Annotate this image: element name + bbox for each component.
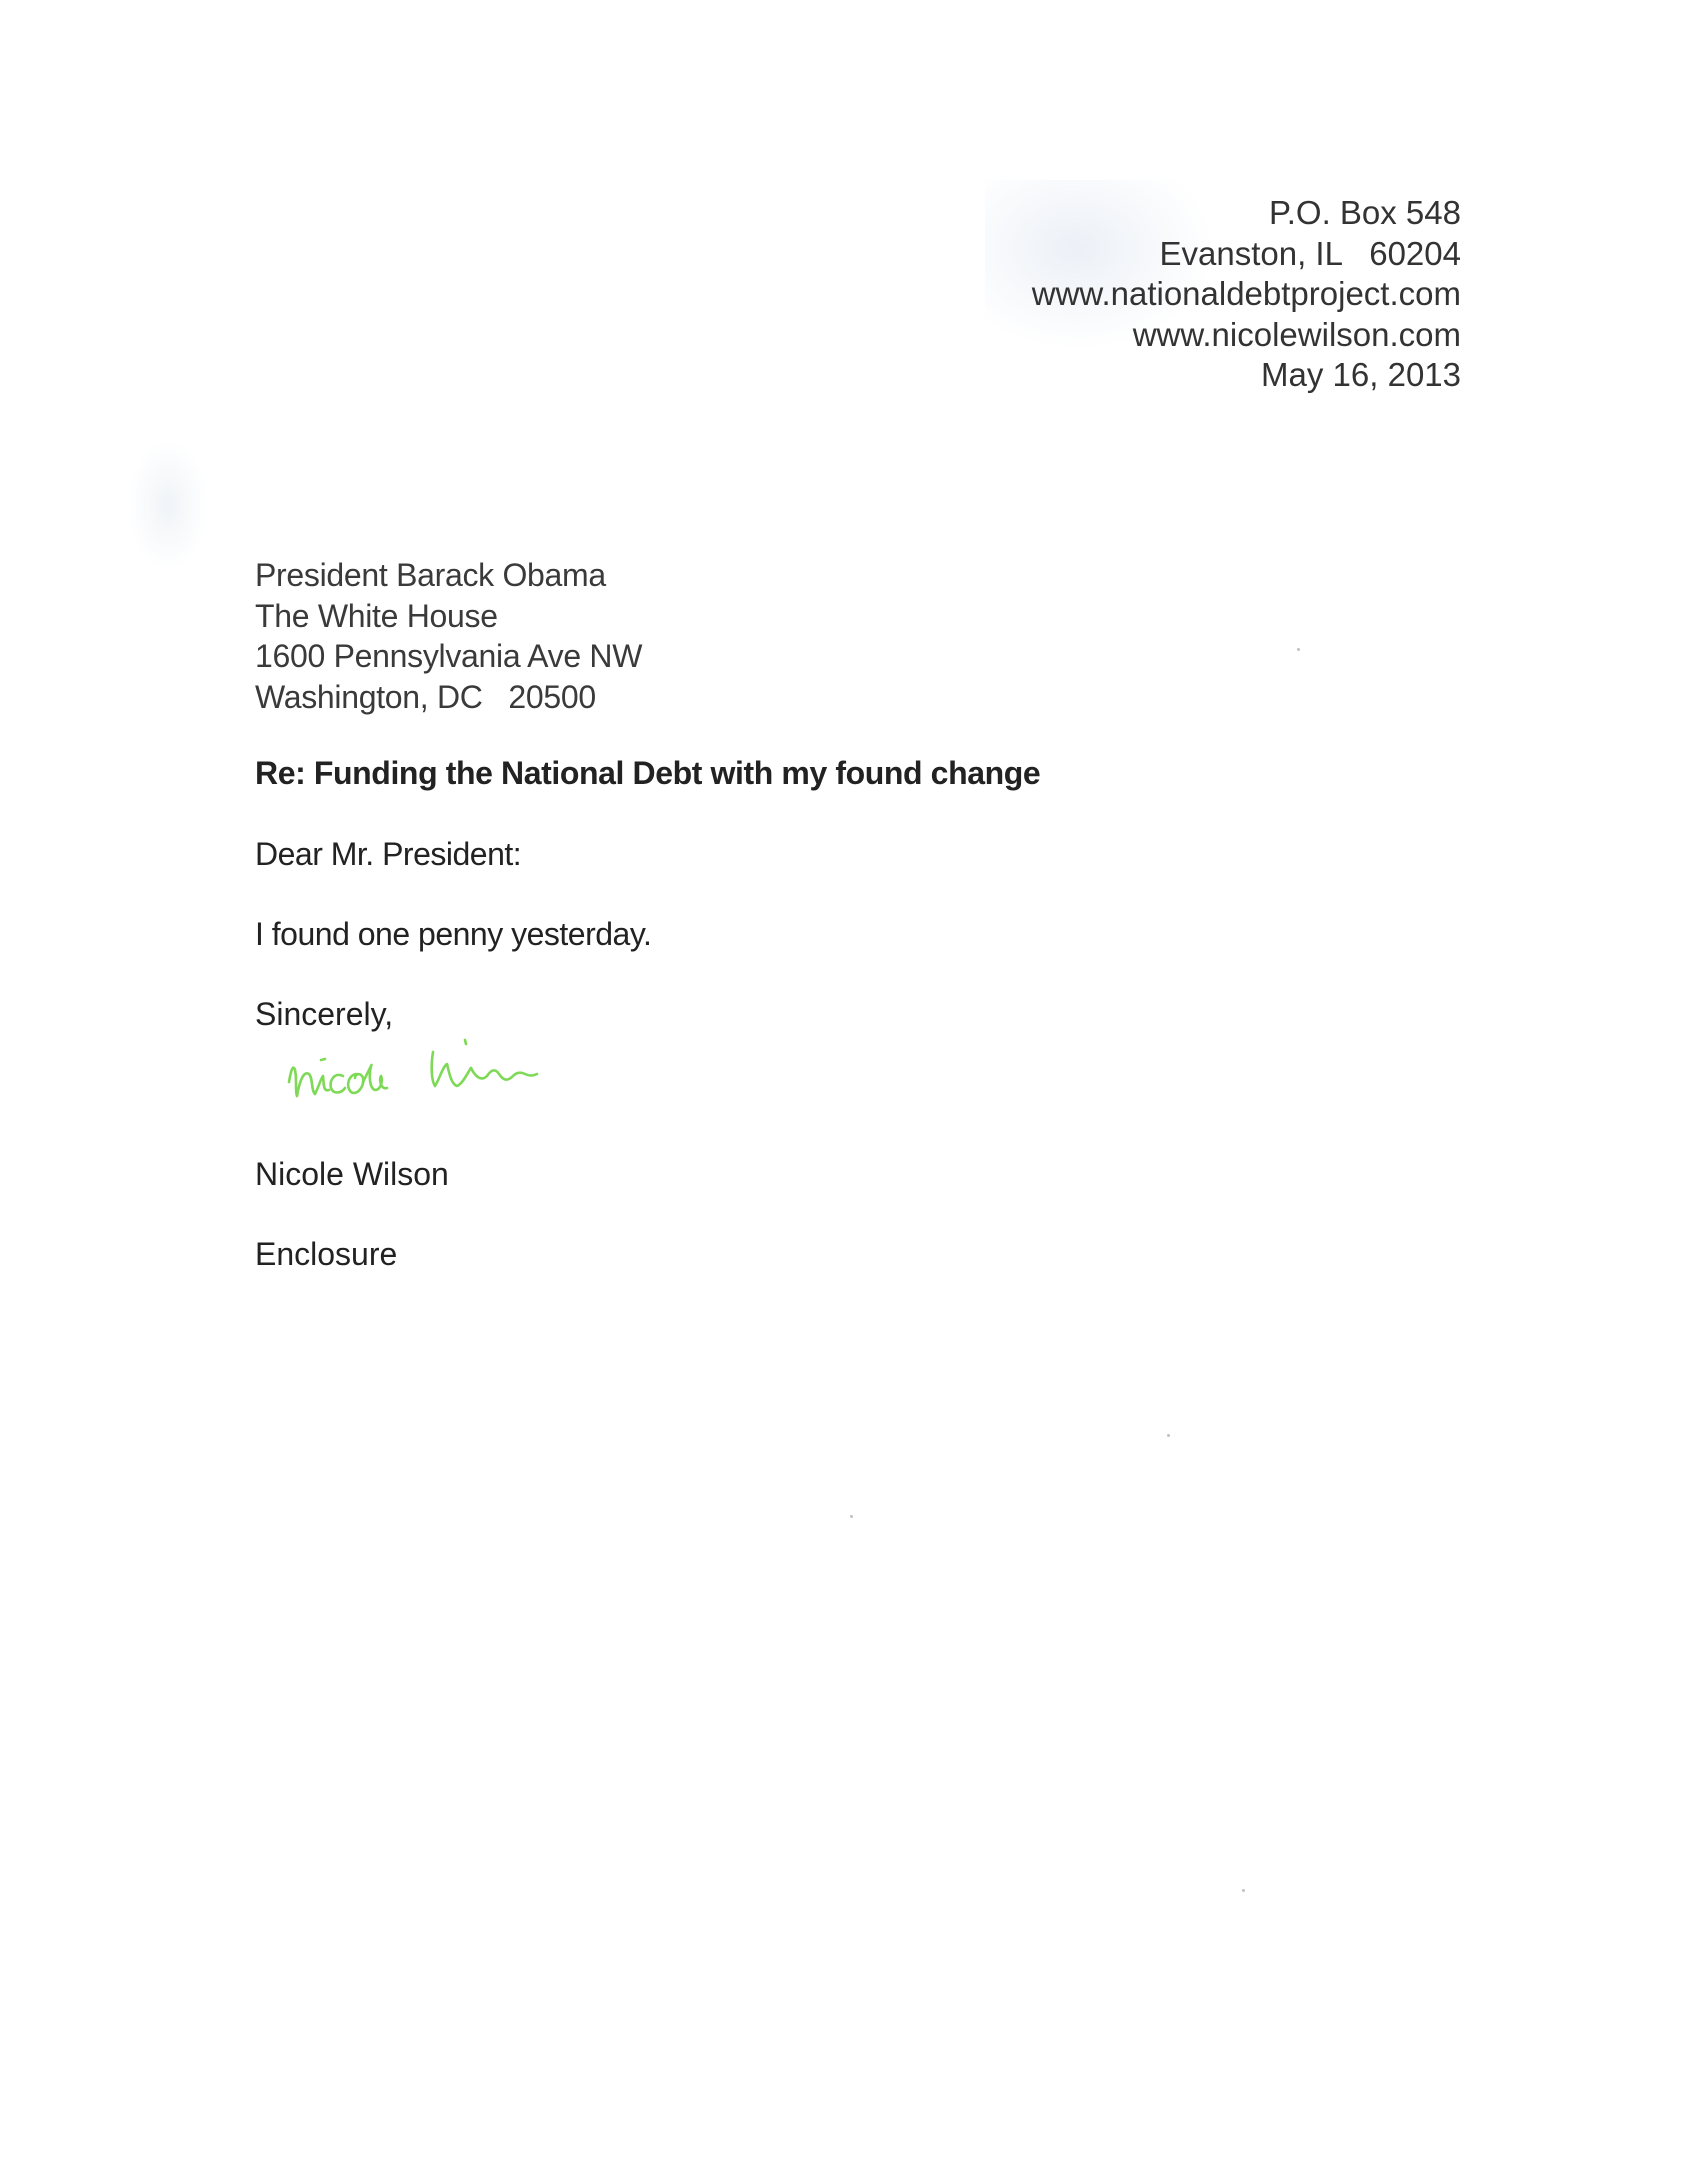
scan-speck bbox=[1242, 1889, 1245, 1892]
handwritten-signature-icon bbox=[285, 1020, 625, 1120]
recipient-address-block: President Barack Obama The White House 1… bbox=[255, 555, 642, 717]
letter-body: I found one penny yesterday. bbox=[255, 916, 651, 953]
sender-city-state-zip: Evanston, IL 60204 bbox=[1032, 234, 1461, 275]
scan-speck bbox=[1297, 648, 1300, 651]
enclosure-notation: Enclosure bbox=[255, 1236, 397, 1273]
subject-line: Re: Funding the National Debt with my fo… bbox=[255, 755, 1040, 792]
scan-speck bbox=[1167, 1434, 1170, 1437]
recipient-city-state-zip: Washington, DC 20500 bbox=[255, 677, 642, 718]
sender-website-project: www.nationaldebtproject.com bbox=[1032, 274, 1461, 315]
recipient-organization: The White House bbox=[255, 596, 642, 637]
recipient-name: President Barack Obama bbox=[255, 555, 642, 596]
sender-po-box: P.O. Box 548 bbox=[1032, 193, 1461, 234]
signer-name: Nicole Wilson bbox=[255, 1156, 449, 1193]
salutation: Dear Mr. President: bbox=[255, 836, 521, 873]
letter-page: P.O. Box 548 Evanston, IL 60204 www.nati… bbox=[0, 0, 1700, 2178]
sender-website-personal: www.nicolewilson.com bbox=[1032, 315, 1461, 356]
scan-speck bbox=[850, 1515, 853, 1518]
letter-date: May 16, 2013 bbox=[1032, 355, 1461, 396]
recipient-street: 1600 Pennsylvania Ave NW bbox=[255, 636, 642, 677]
scan-smudge bbox=[128, 440, 208, 570]
sender-address-block: P.O. Box 548 Evanston, IL 60204 www.nati… bbox=[1032, 193, 1461, 396]
